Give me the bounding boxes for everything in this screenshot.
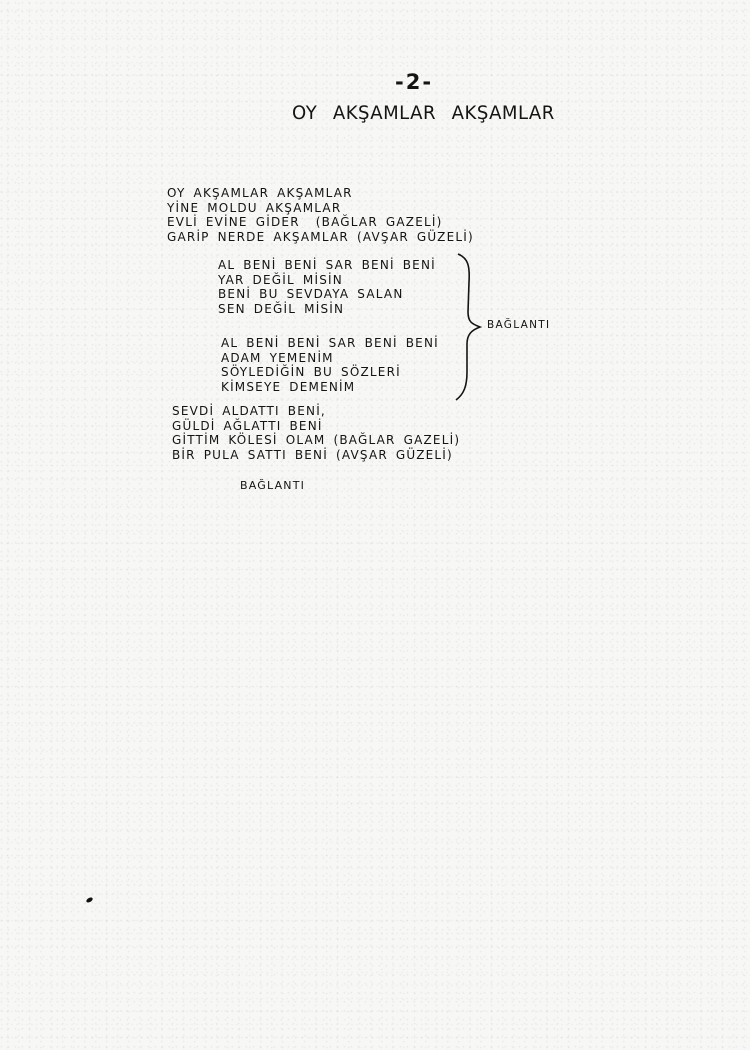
refrain-marker: BAĞLANTI	[240, 479, 305, 492]
lyric-line: SÖYLEDİĞİN BU SÖZLERİ	[221, 365, 439, 380]
lyric-line: EVLİ EVİNE GİDER (BAĞLAR GAZELİ)	[167, 215, 474, 230]
lyric-line: YAR DEĞİL MİSİN	[218, 273, 436, 288]
verse-2: SEVDİ ALDATTI BENİ, GÜLDİ AĞLATTI BENİ G…	[172, 404, 460, 462]
chorus-label: BAĞLANTI	[487, 319, 550, 331]
lyric-line: GARİP NERDE AKŞAMLAR (AVŞAR GÜZELİ)	[167, 230, 474, 245]
chorus-part-1: AL BENİ BENİ SAR BENİ BENİ YAR DEĞİL MİS…	[218, 258, 436, 316]
lyric-line: ADAM YEMENİM	[221, 351, 439, 366]
lyric-line: OY AKŞAMLAR AKŞAMLAR	[167, 186, 474, 201]
lyric-line: BİR PULA SATTI BENİ (AVŞAR GÜZELİ)	[172, 448, 460, 463]
chorus-part-2: AL BENİ BENİ SAR BENİ BENİ ADAM YEMENİM …	[221, 336, 439, 394]
lyric-line: AL BENİ BENİ SAR BENİ BENİ	[218, 258, 436, 273]
page-number: -2-	[395, 70, 433, 94]
lyric-line: AL BENİ BENİ SAR BENİ BENİ	[221, 336, 439, 351]
lyric-line: SEN DEĞİL MİSİN	[218, 302, 436, 317]
lyric-line: GİTTİM KÖLESİ OLAM (BAĞLAR GAZELİ)	[172, 433, 460, 448]
curly-brace-icon	[450, 252, 490, 402]
lyric-line: BENİ BU SEVDAYA SALAN	[218, 287, 436, 302]
lyric-line: SEVDİ ALDATTI BENİ,	[172, 404, 460, 419]
verse-1: OY AKŞAMLAR AKŞAMLAR YİNE MOLDU AKŞAMLAR…	[167, 186, 474, 244]
lyric-line: YİNE MOLDU AKŞAMLAR	[167, 201, 474, 216]
ink-spot	[85, 897, 93, 904]
paper-texture	[0, 0, 750, 1050]
song-title: OY AKŞAMLAR AKŞAMLAR	[292, 102, 555, 124]
lyric-line: GÜLDİ AĞLATTI BENİ	[172, 419, 460, 434]
lyric-line: KİMSEYE DEMENİM	[221, 380, 439, 395]
